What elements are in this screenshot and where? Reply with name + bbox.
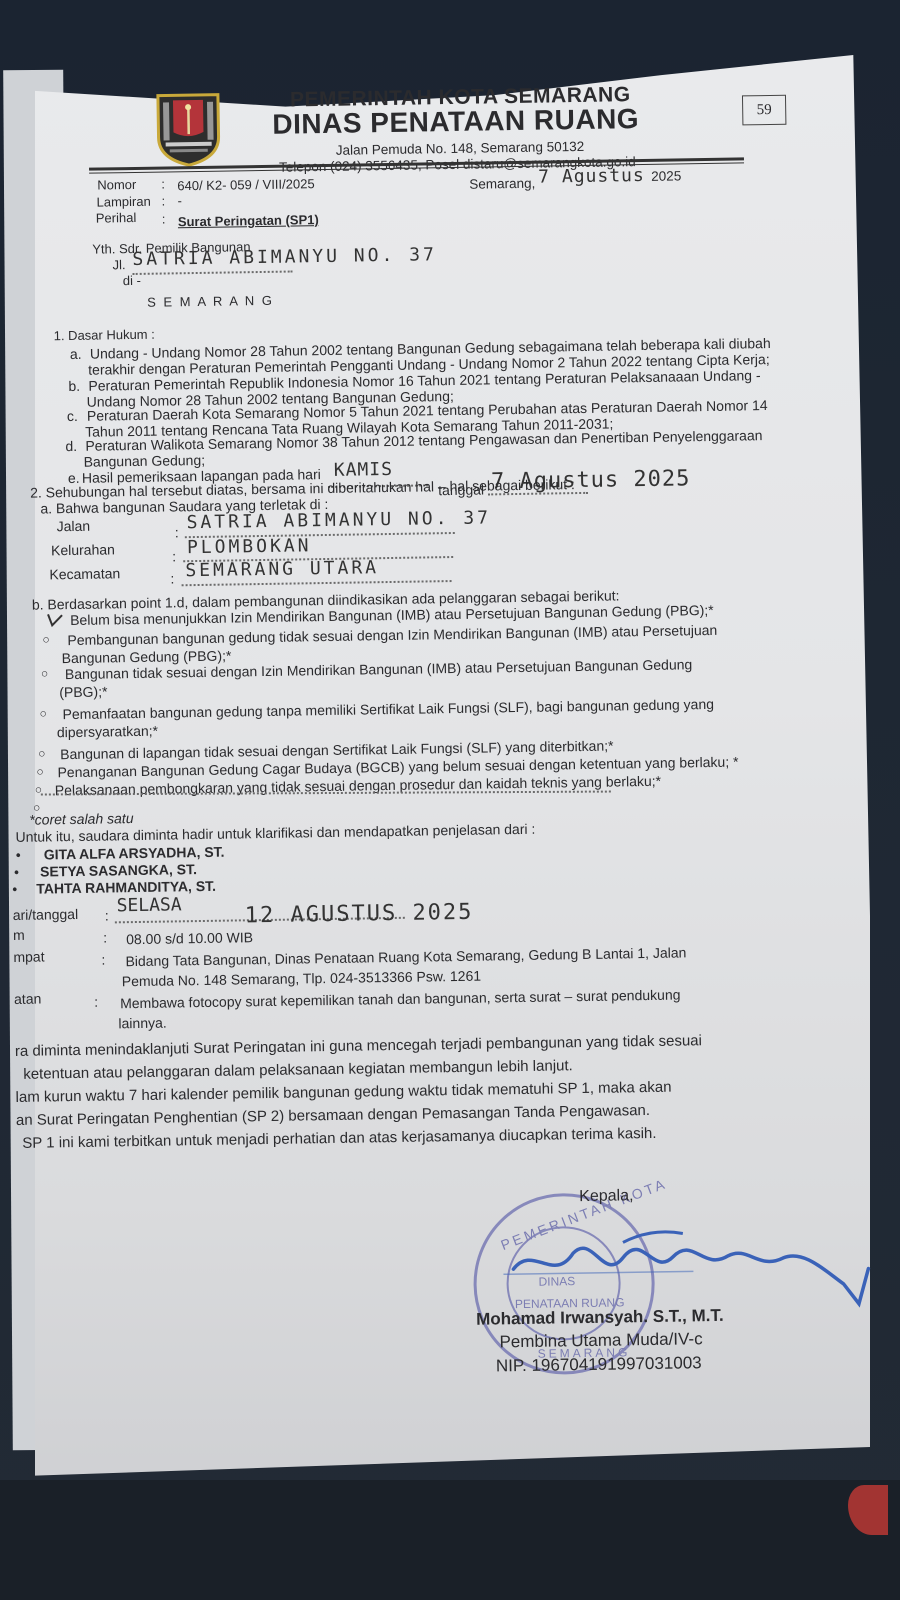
place-date-prefix: Semarang, [469,176,535,192]
meeting-time: 08.00 s/d 10.00 WIB [126,929,253,947]
closing-line: SP 1 ini kami terbitkan untuk menjadi pe… [22,1125,656,1152]
field-label-jalan: Jalan [57,518,91,535]
meeting-date-handwritten: 12 AGUSTUS 2025 [245,900,474,929]
violation-list: Belum bisa menunjukkan Izin Mendirikan B… [0,0,898,7]
inspection-day-handwritten: KAMIS [334,459,394,481]
note-line2: lainnya. [118,1015,167,1032]
jam-label: m [13,927,25,943]
circle-bullet-icon: ○ [38,746,45,760]
legal-basis-marker: d. [65,438,77,454]
bullet-icon: • [12,881,17,897]
officer-name: TAHTA RAHMANDITYA, ST. [36,878,216,897]
section1-heading: 1. Dasar Hukum : [54,327,155,344]
legal-basis-list: a.Undang - Undang Nomor 28 Tahun 2002 te… [0,0,898,7]
officer-name: SETYA SASANGKA, ST. [40,861,197,879]
catatan-label: atan [14,991,41,1007]
hari-label: ari/tanggal [13,906,79,923]
closing-line: an Surat Peringatan Penghentian (SP 2) b… [16,1102,650,1129]
closing-line: ra diminta menindaklanjuti Surat Peringa… [15,1032,702,1060]
letter-year: 2025 [651,168,681,183]
check-mark-icon [46,612,64,628]
page-number-box: 59 [742,95,786,126]
violation-line: dipersyaratkan;* [57,723,158,741]
signatory-rank: Pembina Utama Muda/IV-c [499,1329,702,1352]
recipient-city: S E M A R A N G [147,293,274,310]
legal-basis-line: Bangunan Gedung; [84,452,206,470]
footnote: *coret salah satu [29,810,134,828]
field-value-jalan: SATRIA ABIMANYU NO. 37 [186,507,491,533]
violation-line: Pemanfaatan bangunan gedung tanpa memili… [62,696,714,722]
legal-basis-marker: b. [68,378,80,394]
officer-list: •GITA ALFA ARSYADHA, ST.•SETYA SASANGKA,… [0,0,898,7]
circle-bullet-icon: ○ [42,632,49,646]
bullet-icon: • [14,864,19,880]
field-value-kelurahan: PLOMBOKAN [187,535,312,558]
closing-paragraph: ra diminta menindaklanjuti Surat Peringa… [0,0,898,7]
closing-line: lam kurun waktu 7 hari kalender pemilik … [15,1079,671,1106]
nomor-label: Nomor [97,177,136,193]
field-label-kelurahan: Kelurahan [51,541,115,558]
closing-line: ketentuan atau pelanggaran dalam pelaksa… [23,1057,573,1083]
agency-name: DINAS PENATAAN RUANG [272,103,639,141]
circle-bullet-icon: ○ [39,706,46,720]
signatory-nip: NIP. 196704191997031003 [496,1353,702,1376]
nomor-value: 640/ K2- 059 / VIII/2025 [177,176,315,193]
note-line1: Membawa fotocopy surat kepemilikan tanah… [120,986,681,1011]
circle-bullet-icon: ○ [41,666,48,680]
meeting-place-line2: Pemuda No. 148 Semarang, Tlp. 024-351336… [122,968,482,990]
perihal-label: Perihal [96,210,137,226]
meeting-day-handwritten: SELASA [116,894,181,916]
officer-name: GITA ALFA ARSYADHA, ST. [44,844,225,863]
signatory-name: Mohamad Irwansyah. S.T., M.T. [476,1306,724,1330]
legal-basis-marker: c. [67,408,78,424]
perihal-value: Surat Peringatan (SP1) [178,212,319,229]
letter-date-handwritten: 7 Agustus [538,165,645,188]
meeting-place-line1: Bidang Tata Bangunan, Dinas Penataan Rua… [125,944,686,969]
semarang-crest-icon [155,92,222,169]
field-value-kecamatan: SEMARANG UTARA [185,557,379,581]
bullet-icon: • [16,847,21,863]
recipient-jl-label: Jl. [112,257,125,272]
legal-basis-marker: a. [70,346,82,362]
recipient-address-handwritten: SATRIA ABIMANYU NO. 37 [132,244,437,270]
warning-letter: PEMERINTAH KOTA SEMARANG DINAS PENATAAN … [0,0,900,1600]
signatory-title: Kepala, [579,1187,634,1206]
lampiran-value: - [177,193,182,208]
field-label-kecamatan: Kecamatan [49,565,120,582]
tempat-label: mpat [13,948,44,964]
circle-bullet-icon: ○ [36,764,43,778]
recipient-di: di - [123,273,141,288]
violation-line: (PBG);* [59,683,107,700]
lampiran-label: Lampiran [96,194,150,210]
